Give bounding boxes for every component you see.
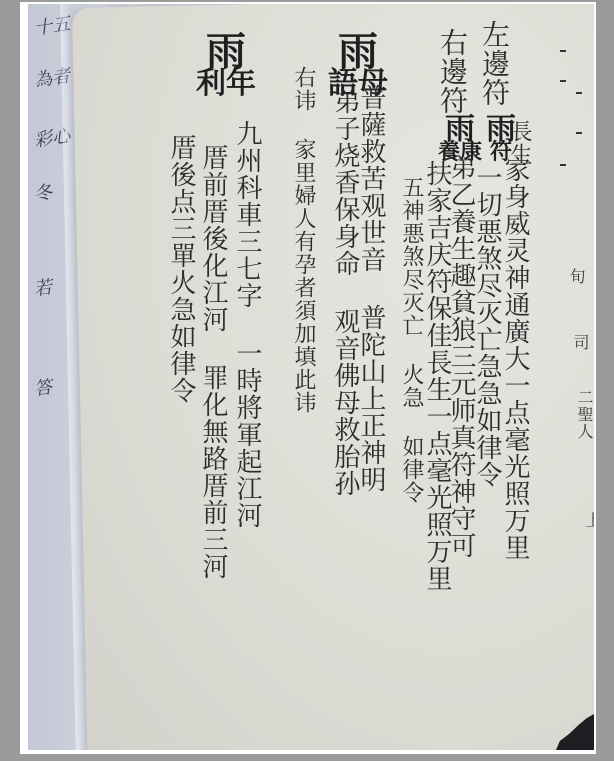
text-column: 九州科車三七字 一時將軍起江河 [234, 120, 260, 529]
margin-note: 上 [584, 512, 594, 529]
left-side-talisman-title: 左邊符 [480, 20, 508, 107]
text-column: 家身威灵神通廣大一点毫光照万里 [502, 156, 528, 561]
right-side-talisman-title: 右邊符 [438, 28, 466, 115]
talisman-glyph-left: 雨 利年 [196, 34, 256, 97]
text-column: 右讳 家里婦人有孕者須加填此讳 [292, 66, 314, 414]
talisman-top: 雨 [328, 34, 388, 70]
edge-mark [560, 50, 566, 52]
edge-mark [576, 132, 582, 134]
margin-note: 二聖人 [576, 389, 592, 440]
text-column: 普薩救苦观世音 普陀山上正神明 [358, 84, 384, 493]
text-column: 扶家吉庆符保佳長生一点毫光照万里 [424, 160, 450, 592]
talisman-bottom-glyph: 年 [226, 66, 256, 101]
text-column: 一切悪煞尽灭亡急急如律令 [474, 164, 500, 488]
underlying-note: 若 [32, 273, 53, 301]
talisman-middle-glyph: 利 [196, 66, 226, 101]
text-column: 厝前厝後化江河 罪化無路厝前三河 [200, 144, 226, 580]
margin-note: 旬 [568, 268, 584, 285]
margin-note: 司 [572, 334, 588, 351]
edge-mark [576, 92, 582, 94]
talisman-top: 雨 [196, 34, 256, 70]
talisman-middle: 利年 [196, 70, 256, 97]
manuscript-photo: 十五 為者 彩心 冬 若 答 左邊符 右邊符 雨 符 長生 雨 養康 雨 語母 … [28, 4, 594, 750]
text-column: 五神悪煞尽灭亡 火急 如律令 [400, 176, 422, 504]
edge-mark [560, 164, 566, 166]
text-column: 厝後点三單火急如律令 [168, 134, 194, 404]
text-column: 弟子烧香保身命 观音佛母救胎孙 [332, 88, 358, 497]
edge-mark [560, 80, 566, 82]
underlying-note: 冬 [32, 178, 53, 206]
underlying-note: 答 [32, 373, 53, 401]
